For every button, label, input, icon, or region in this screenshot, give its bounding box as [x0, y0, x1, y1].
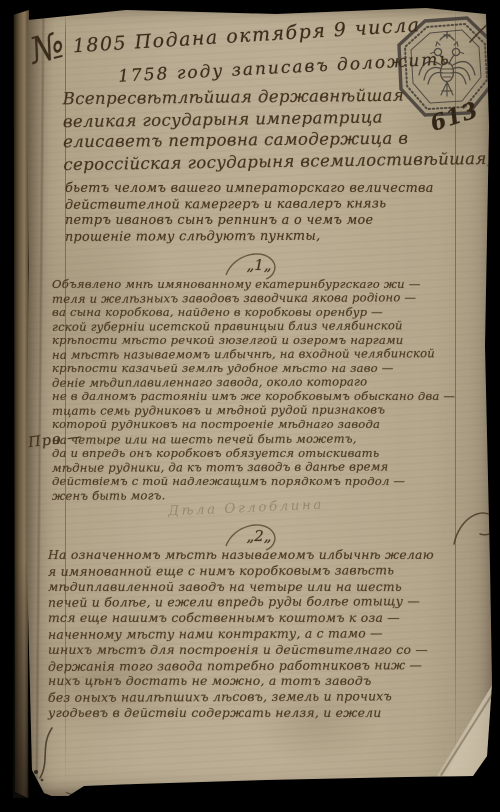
section-1-marker: „1„: [214, 256, 304, 274]
handwritten-line: печей и болѣе, и ежели впредь руды болѣе…: [48, 594, 434, 611]
handwritten-line: я имянованной еще с нимъ коробковымъ зав…: [48, 562, 434, 579]
handwritten-line: крѣпости казачьей землѣ удобное мѣсто на…: [52, 361, 455, 375]
handwritten-line: на мѣстѣ называемомъ илбычнѣ, на входной…: [52, 346, 455, 362]
handwritten-line: ва сына коробкова, найдено в коробковы о…: [52, 305, 455, 319]
handwritten-line: тцать семь рудниковъ и мѣдной рудой приз…: [52, 403, 455, 419]
handwritten-line: прошеніе тому слѣдуютъ пункты,: [65, 228, 434, 246]
handwritten-line: На означенномъ мѣстѣ называемомъ илбычнѣ…: [48, 547, 434, 563]
handwritten-line: мѣдные рудники, да къ тотъ заводъ в данѣ…: [52, 459, 455, 475]
manuscript-page: №1805 Подана октября 9 числа 1758 году з…: [26, 6, 492, 796]
handwritten-line: тся еще нашимъ собственнымъ коштомъ к оз…: [48, 610, 434, 626]
handwritten-line: угодьевъ в действіи содержать нелзя, и е…: [48, 705, 434, 721]
ink-speck: [371, 779, 374, 781]
book-pages-edge-shadow: [13, 560, 29, 798]
section-2-marker: „2„: [214, 527, 304, 545]
handwritten-line: которой рудниковъ на построеніе мѣднаго …: [52, 417, 455, 431]
handwritten-line: действителной камергеръ и кавалеръ князь: [65, 196, 434, 214]
handwritten-line: бьетъ челомъ вашего императорскаго велич…: [65, 181, 434, 197]
handwritten-line: без оныхъ наилѣпшихъ лѣсовъ, земель и пр…: [48, 688, 434, 705]
section-2-text: На означенномъ мѣстѣ называемомъ илбычнѣ…: [48, 547, 434, 721]
handwritten-line: держанія того завода потребно работников…: [48, 657, 434, 674]
handwritten-line: крѣпости мѣсто речкой зюзелгой и озеромъ…: [52, 333, 455, 347]
handwritten-line: мѣдиплавиленной заводъ на четыре или на …: [48, 579, 434, 595]
binding-crease: [35, 6, 46, 796]
pen-flourish: [450, 504, 500, 556]
handwritten-line: нихъ цѣнъ достать не можно, а тотъ завод…: [48, 673, 434, 689]
handwritten-line: да и впредь онъ коробковъ обязуется отыс…: [52, 446, 455, 460]
handwritten-line: наченному мѣсту нами контракту, а с тамо…: [48, 625, 434, 642]
handwritten-line: теля и желѣзныхъ заводовъ заводчика яков…: [52, 290, 455, 306]
scanned-manuscript-photo: №1805 Подана октября 9 числа 1758 году з…: [0, 0, 500, 812]
handwritten-line: на четыре или на шесть печей быть можетъ…: [52, 431, 455, 447]
handwritten-line: гской губерніи исетской правинцыи близ ч…: [52, 318, 455, 334]
handwritten-line: деніе мѣдиплавиленнаго завода, около кот…: [52, 374, 455, 390]
handwritten-line: не в далномъ растояніи имъ же коробковым…: [52, 389, 455, 403]
handwritten-line: шнихъ мѣстъ для построенія и действителн…: [48, 642, 434, 658]
corner-fold: [428, 682, 494, 784]
section-1-text: Объявлено мнѣ имянованному екатеринбургс…: [52, 277, 455, 502]
registration-text: 1805 Подана октября 9 числа: [72, 14, 421, 57]
handwritten-line: действіемъ с той надлежащимъ порядкомъ п…: [52, 474, 455, 488]
numero-mark: №: [29, 35, 68, 63]
ink-smudges: [26, 720, 122, 804]
petition-intro-block: бьетъ челомъ вашего императорскаго велич…: [65, 181, 434, 245]
handwritten-line: петръ ивановъ сынъ репнинъ а о чемъ мое: [65, 213, 434, 229]
handwritten-line: Объявлено мнѣ имянованному екатеринбургс…: [52, 277, 455, 291]
salutation-block: Всепресвѣтлѣйшая державнѣйшаявеликая гос…: [63, 84, 493, 174]
